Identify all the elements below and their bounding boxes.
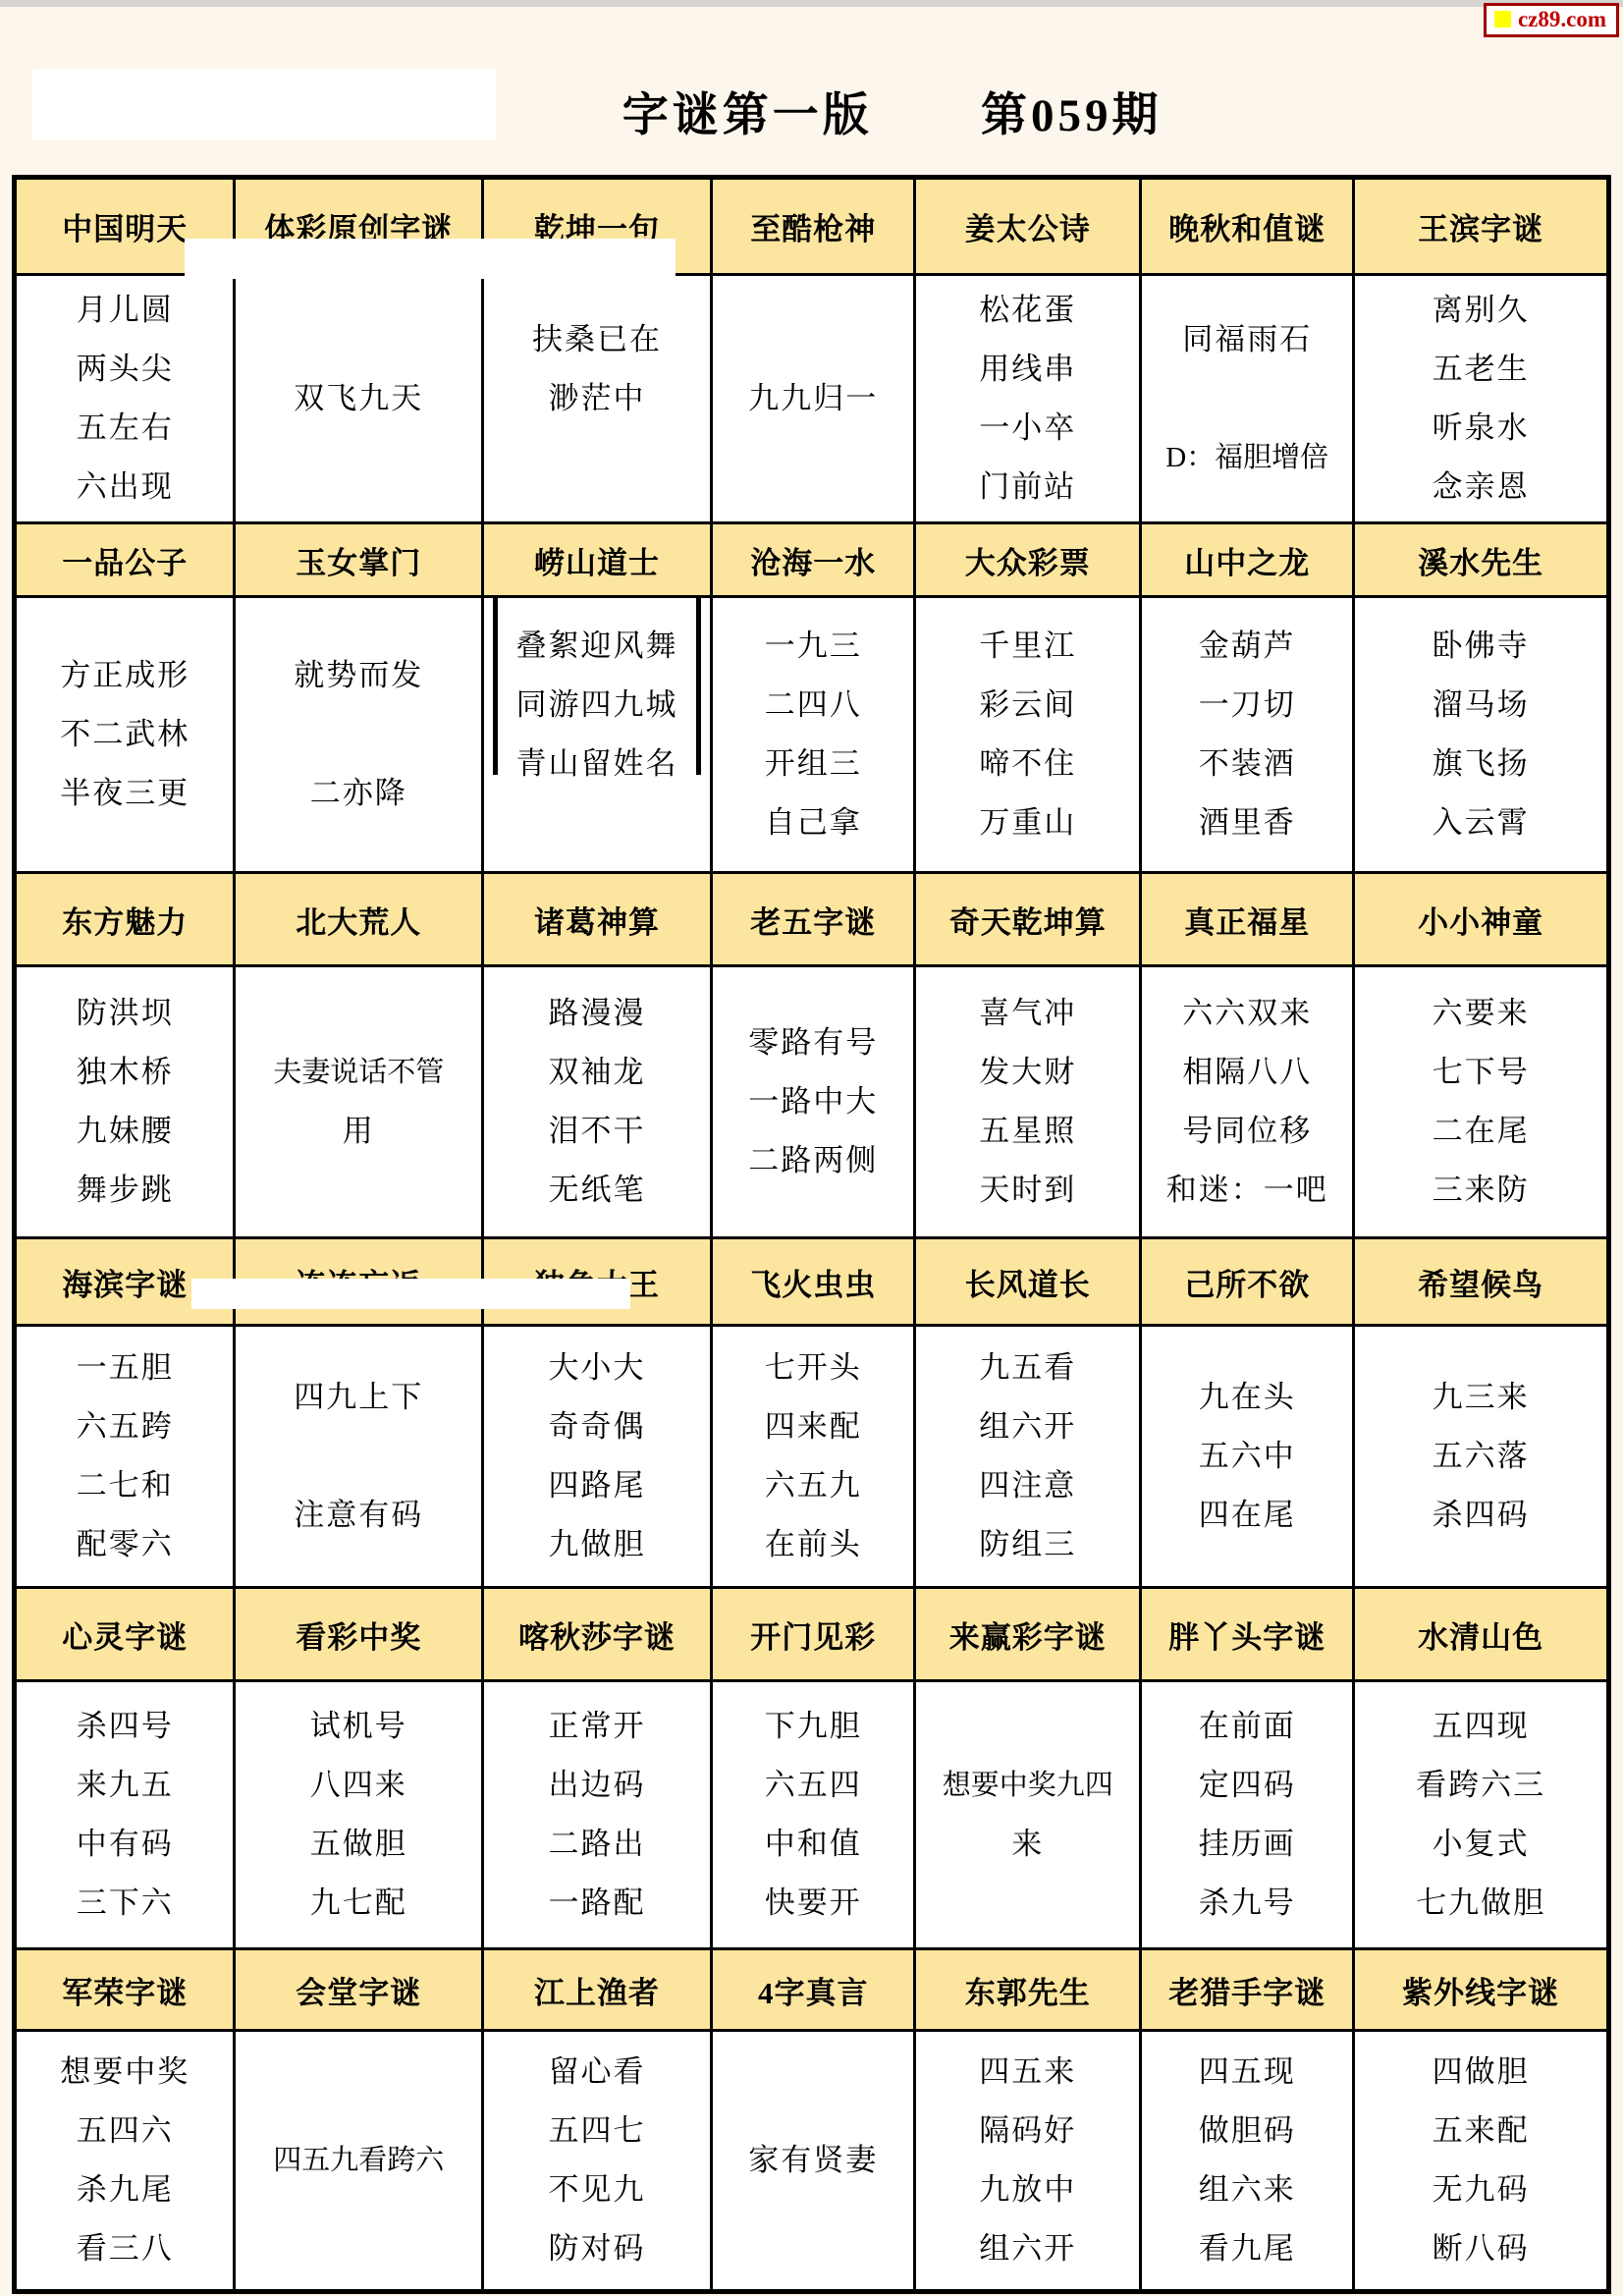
column-header-cell: 4字真言 bbox=[713, 1950, 916, 2029]
column-header-cell: 玉女掌门 bbox=[236, 524, 484, 595]
puzzle-cell: 四做胆五来配无九码断八码 bbox=[1355, 2032, 1606, 2289]
puzzle-line: 二亦降 bbox=[310, 764, 407, 823]
puzzle-line: 试机号 bbox=[310, 1697, 407, 1756]
puzzle-line: 大小大 bbox=[549, 1339, 646, 1397]
puzzle-line: 舞步跳 bbox=[77, 1161, 174, 1220]
puzzle-line: 四注意 bbox=[979, 1456, 1076, 1515]
puzzle-line: 喜气冲 bbox=[979, 984, 1076, 1043]
puzzle-line: 离别久 bbox=[1433, 281, 1530, 340]
puzzle-line: 夫妻说话不管 bbox=[273, 1043, 444, 1102]
puzzle-line: 出边码 bbox=[549, 1756, 646, 1815]
puzzle-line: 啼不住 bbox=[979, 735, 1076, 793]
puzzle-line: 看三八 bbox=[77, 2219, 174, 2278]
puzzle-cell: 千里江彩云间啼不住万重山 bbox=[916, 598, 1142, 871]
puzzle-cell: 喜气冲发大财五星照天时到 bbox=[916, 967, 1142, 1236]
puzzle-cell: 路漫漫双袖龙泪不干无纸笔 bbox=[484, 967, 713, 1236]
puzzle-cell: 松花蛋用线串一小卒门前站 bbox=[916, 276, 1142, 521]
column-header-cell: 江上渔者 bbox=[484, 1950, 713, 2029]
puzzle-line: 五四七 bbox=[549, 2102, 646, 2160]
column-header-cell: 飞火虫虫 bbox=[713, 1239, 916, 1324]
puzzle-line: 小复式 bbox=[1433, 1815, 1530, 1874]
puzzle-cell: 四九上下注意有码 bbox=[236, 1327, 484, 1586]
puzzle-line: 零路有号 bbox=[748, 1013, 878, 1072]
puzzle-line: 扶桑已在 bbox=[532, 310, 662, 369]
puzzle-line: 二四八 bbox=[765, 676, 862, 735]
puzzle-line: 一小卒 bbox=[979, 399, 1076, 458]
puzzle-cell: 想要中奖五四六杀九尾看三八 bbox=[17, 2032, 236, 2289]
puzzle-line: 中有码 bbox=[77, 1815, 174, 1874]
column-header-cell: 长风道长 bbox=[916, 1239, 1142, 1324]
puzzle-cell: 方正成形不二武林半夜三更 bbox=[17, 598, 236, 871]
puzzle-line: 七开头 bbox=[765, 1339, 862, 1397]
puzzle-cell: 一九三二四八开组三自己拿 bbox=[713, 598, 916, 871]
column-header-cell: 大众彩票 bbox=[916, 524, 1142, 595]
puzzle-line: 路漫漫 bbox=[549, 984, 646, 1043]
puzzle-line: 旗飞扬 bbox=[1433, 735, 1530, 793]
puzzle-line: 门前站 bbox=[979, 458, 1076, 517]
puzzle-line: 无纸笔 bbox=[549, 1161, 646, 1220]
column-header-cell: 真正福星 bbox=[1142, 874, 1355, 964]
header-row: 东方魅力北大荒人诸葛神算老五字谜奇天乾坤算真正福星小小神童 bbox=[17, 871, 1606, 967]
puzzle-line: 月儿圆 bbox=[77, 281, 174, 340]
puzzle-line: 杀四号 bbox=[77, 1697, 174, 1756]
puzzle-line: 彩云间 bbox=[979, 676, 1076, 735]
puzzle-line: 一路中大 bbox=[748, 1072, 878, 1131]
puzzle-cell: 下九胆六五四中和值快要开 bbox=[713, 1682, 916, 1947]
content-row: 方正成形不二武林半夜三更就势而发二亦降叠絮迎风舞同游四九城青山留姓名一九三二四八… bbox=[17, 598, 1606, 871]
puzzle-line: 五做胆 bbox=[310, 1815, 407, 1874]
puzzle-line: 在前头 bbox=[765, 1515, 862, 1574]
puzzle-cell: 零路有号一路中大二路两侧 bbox=[713, 967, 916, 1236]
puzzle-line: 想要中奖九四 bbox=[943, 1756, 1113, 1815]
puzzle-line: 组六开 bbox=[979, 2219, 1076, 2278]
puzzle-cell: 同福雨石D：福胆增倍 bbox=[1142, 276, 1355, 521]
puzzle-line: 四来配 bbox=[765, 1397, 862, 1456]
puzzle-line: 四九上下 bbox=[294, 1368, 423, 1427]
white-overlay bbox=[32, 69, 496, 139]
header-row: 心灵字谜看彩中奖喀秋莎字谜开门见彩来赢彩字谜胖丫头字谜水清山色 bbox=[17, 1586, 1606, 1682]
column-header-cell: 晚秋和值谜 bbox=[1142, 180, 1355, 273]
puzzle-cell: 金葫芦一刀切不装酒酒里香 bbox=[1142, 598, 1355, 871]
puzzle-line: 定四码 bbox=[1199, 1756, 1296, 1815]
puzzle-line: 五四六 bbox=[77, 2102, 174, 2160]
puzzle-line: 金葫芦 bbox=[1199, 617, 1296, 676]
puzzle-line: 奇奇偶 bbox=[549, 1397, 646, 1456]
puzzle-line: 同福雨石 bbox=[1182, 310, 1312, 369]
column-header-cell: 一品公子 bbox=[17, 524, 236, 595]
puzzle-line: 泪不干 bbox=[549, 1102, 646, 1161]
puzzle-line: 半夜三更 bbox=[60, 764, 189, 823]
puzzle-cell: 防洪坝独木桥九妹腰舞步跳 bbox=[17, 967, 236, 1236]
puzzle-line: 五左右 bbox=[77, 399, 174, 458]
puzzle-line: 五来配 bbox=[1433, 2102, 1530, 2160]
puzzle-line: 下九胆 bbox=[765, 1697, 862, 1756]
puzzle-cell: 九九归一 bbox=[713, 276, 916, 521]
column-header-cell: 来赢彩字谜 bbox=[916, 1589, 1142, 1679]
column-header-cell: 开门见彩 bbox=[713, 1589, 916, 1679]
puzzle-line: 注意有码 bbox=[294, 1486, 423, 1545]
puzzle-line: 九三来 bbox=[1433, 1368, 1530, 1427]
puzzle-line: 来九五 bbox=[77, 1756, 174, 1815]
puzzle-cell: 卧佛寺溜马场旗飞扬入云霄 bbox=[1355, 598, 1606, 871]
column-header-cell: 喀秋莎字谜 bbox=[484, 1589, 713, 1679]
puzzle-line: 不二武林 bbox=[60, 705, 189, 764]
puzzle-cell: 杀四号来九五中有码三下六 bbox=[17, 1682, 236, 1947]
puzzle-line: 青山留姓名 bbox=[516, 735, 678, 793]
puzzle-line: 六出现 bbox=[77, 458, 174, 517]
puzzle-cell: 七开头四来配六五九在前头 bbox=[713, 1327, 916, 1586]
puzzle-cell: 九五看组六开四注意防组三 bbox=[916, 1327, 1142, 1586]
puzzle-cell: 想要中奖九四来 bbox=[916, 1682, 1142, 1947]
puzzle-line: 五星照 bbox=[979, 1102, 1076, 1161]
column-header-cell: 王滨字谜 bbox=[1355, 180, 1606, 273]
puzzle-line: 五四现 bbox=[1433, 1697, 1530, 1756]
puzzle-cell: 四五九看跨六 bbox=[236, 2032, 484, 2289]
puzzle-line: 四在尾 bbox=[1199, 1486, 1296, 1545]
column-header-cell: 老猎手字谜 bbox=[1142, 1950, 1355, 2029]
puzzle-line: 万重山 bbox=[979, 793, 1076, 852]
puzzle-line: 四路尾 bbox=[549, 1456, 646, 1515]
puzzle-line: 双飞九天 bbox=[294, 369, 423, 428]
puzzle-line: 五老生 bbox=[1433, 340, 1530, 399]
puzzle-cell: 在前面定四码挂历画杀九号 bbox=[1142, 1682, 1355, 1947]
puzzle-cell: 六要来七下号二在尾三来防 bbox=[1355, 967, 1606, 1236]
puzzle-line: 组六来 bbox=[1199, 2160, 1296, 2219]
puzzle-line: 组六开 bbox=[979, 1397, 1076, 1456]
puzzle-line: 来 bbox=[1011, 1815, 1044, 1874]
column-header-cell: 水清山色 bbox=[1355, 1589, 1606, 1679]
puzzle-line: 六五九 bbox=[765, 1456, 862, 1515]
puzzle-cell: 双飞九天 bbox=[236, 276, 484, 521]
puzzle-cell: 叠絮迎风舞同游四九城青山留姓名 bbox=[484, 598, 713, 871]
puzzle-line: 九七配 bbox=[310, 1874, 407, 1933]
puzzle-line: 五六落 bbox=[1433, 1427, 1530, 1486]
puzzle-line: 杀九尾 bbox=[77, 2160, 174, 2219]
puzzle-line: 两头尖 bbox=[77, 340, 174, 399]
puzzle-line: 七九做胆 bbox=[1416, 1874, 1545, 1933]
puzzle-line: 家有贤妻 bbox=[748, 2131, 878, 2190]
content-row: 月儿圆两头尖五左右六出现双飞九天扶桑已在渺茫中九九归一松花蛋用线串一小卒门前站同… bbox=[17, 276, 1606, 521]
puzzle-cell: 四五现做胆码组六来看九尾 bbox=[1142, 2032, 1355, 2289]
puzzle-line: 四五来 bbox=[979, 2043, 1076, 2102]
puzzle-line: 方正成形 bbox=[60, 646, 189, 705]
puzzle-line: 同游四九城 bbox=[516, 676, 678, 735]
puzzle-cell: 五四现看跨六三小复式七九做胆 bbox=[1355, 1682, 1606, 1947]
puzzle-line: 二在尾 bbox=[1433, 1102, 1530, 1161]
white-overlay bbox=[191, 1279, 630, 1309]
puzzle-line: 和迷：一吧 bbox=[1166, 1161, 1328, 1220]
puzzle-line: 二七和 bbox=[77, 1456, 174, 1515]
column-header-cell: 己所不欲 bbox=[1142, 1239, 1355, 1324]
site-watermark-badge[interactable]: cz89.com bbox=[1484, 3, 1619, 37]
puzzle-line: 独木桥 bbox=[77, 1043, 174, 1102]
column-header-cell: 胖丫头字谜 bbox=[1142, 1589, 1355, 1679]
puzzle-cell: 家有贤妻 bbox=[713, 2032, 916, 2289]
puzzle-line: 七下号 bbox=[1433, 1043, 1530, 1102]
puzzle-line: 无九码 bbox=[1433, 2160, 1530, 2219]
column-header-cell: 崂山道士 bbox=[484, 524, 713, 595]
puzzle-line: 溜马场 bbox=[1433, 676, 1530, 735]
puzzle-cell: 夫妻说话不管用 bbox=[236, 967, 484, 1236]
puzzle-line: 一刀切 bbox=[1199, 676, 1296, 735]
puzzle-line: 杀九号 bbox=[1199, 1874, 1296, 1933]
puzzle-line: 用 bbox=[343, 1102, 375, 1161]
puzzle-line: 防洪坝 bbox=[77, 984, 174, 1043]
puzzle-line: 二路出 bbox=[549, 1815, 646, 1874]
puzzle-line: 九妹腰 bbox=[77, 1102, 174, 1161]
puzzle-line: 四五九看跨六 bbox=[273, 2131, 444, 2190]
puzzle-line: 六五四 bbox=[765, 1756, 862, 1815]
column-header-cell: 奇天乾坤算 bbox=[916, 874, 1142, 964]
puzzle-line: 听泉水 bbox=[1433, 399, 1530, 458]
puzzle-line: 不装酒 bbox=[1199, 735, 1296, 793]
puzzle-line: 在前面 bbox=[1199, 1697, 1296, 1756]
puzzle-line: 用线串 bbox=[979, 340, 1076, 399]
puzzle-line: 双袖龙 bbox=[549, 1043, 646, 1102]
puzzle-line: 发大财 bbox=[979, 1043, 1076, 1102]
puzzle-line: 自己拿 bbox=[765, 793, 862, 852]
puzzle-cell: 九三来五六落杀四码 bbox=[1355, 1327, 1606, 1586]
column-header-cell: 东方魅力 bbox=[17, 874, 236, 964]
puzzle-line: 就势而发 bbox=[294, 646, 423, 705]
puzzle-line: 千里江 bbox=[979, 617, 1076, 676]
puzzle-cell: 四五来隔码好九放中组六开 bbox=[916, 2032, 1142, 2289]
puzzle-line: 入云霄 bbox=[1433, 793, 1530, 852]
content-row: 杀四号来九五中有码三下六试机号八四来五做胆九七配正常开出边码二路出一路配下九胆六… bbox=[17, 1682, 1606, 1947]
puzzle-cell: 就势而发二亦降 bbox=[236, 598, 484, 871]
puzzle-line: 快要开 bbox=[765, 1874, 862, 1933]
puzzle-line: 四五现 bbox=[1199, 2043, 1296, 2102]
puzzle-cell: 大小大奇奇偶四路尾九做胆 bbox=[484, 1327, 713, 1586]
badge-square-icon bbox=[1494, 11, 1511, 27]
column-header-cell: 东郭先生 bbox=[916, 1950, 1142, 2029]
puzzle-line: 五六中 bbox=[1199, 1427, 1296, 1486]
column-header-cell: 小小神童 bbox=[1355, 874, 1606, 964]
column-header-cell: 山中之龙 bbox=[1142, 524, 1355, 595]
badge-text: cz89.com bbox=[1518, 8, 1606, 30]
puzzle-line: 防组三 bbox=[979, 1515, 1076, 1574]
puzzle-line: 隔码好 bbox=[979, 2102, 1076, 2160]
puzzle-line: 相隔八八 bbox=[1182, 1043, 1312, 1102]
puzzle-line: 九九归一 bbox=[748, 369, 878, 428]
puzzle-line: 三来防 bbox=[1433, 1161, 1530, 1220]
puzzle-line: 六五跨 bbox=[77, 1397, 174, 1456]
puzzle-line: 叠絮迎风舞 bbox=[516, 617, 678, 676]
content-row: 一五胆六五跨二七和配零六四九上下注意有码大小大奇奇偶四路尾九做胆七开头四来配六五… bbox=[17, 1327, 1606, 1586]
puzzle-cell: 月儿圆两头尖五左右六出现 bbox=[17, 276, 236, 521]
puzzle-line: 卧佛寺 bbox=[1433, 617, 1530, 676]
puzzle-cell: 离别久五老生听泉水念亲恩 bbox=[1355, 276, 1606, 521]
column-header-cell: 老五字谜 bbox=[713, 874, 916, 964]
column-header-cell: 会堂字谜 bbox=[236, 1950, 484, 2029]
puzzle-cell: 六六双来相隔八八号同位移和迷：一吧 bbox=[1142, 967, 1355, 1236]
puzzle-line: 想要中奖 bbox=[60, 2043, 189, 2102]
puzzle-cell: 九在头五六中四在尾 bbox=[1142, 1327, 1355, 1586]
puzzle-line: 号同位移 bbox=[1182, 1102, 1312, 1161]
column-header-cell: 心灵字谜 bbox=[17, 1589, 236, 1679]
puzzle-line: 留心看 bbox=[549, 2043, 646, 2102]
puzzle-line: 酒里香 bbox=[1199, 793, 1296, 852]
puzzle-line: 九五看 bbox=[979, 1339, 1076, 1397]
column-header-cell: 看彩中奖 bbox=[236, 1589, 484, 1679]
puzzle-line: 九做胆 bbox=[549, 1515, 646, 1574]
puzzle-line: 一路配 bbox=[549, 1874, 646, 1933]
puzzle-cell: 试机号八四来五做胆九七配 bbox=[236, 1682, 484, 1947]
puzzle-line: 九放中 bbox=[979, 2160, 1076, 2219]
column-header-cell: 至酷枪神 bbox=[713, 180, 916, 273]
puzzle-line: 挂历画 bbox=[1199, 1815, 1296, 1874]
column-header-cell: 北大荒人 bbox=[236, 874, 484, 964]
puzzle-line: 看九尾 bbox=[1199, 2219, 1296, 2278]
puzzle-line: 中和值 bbox=[765, 1815, 862, 1874]
column-header-cell: 军荣字谜 bbox=[17, 1950, 236, 2029]
puzzle-table: 中国明天体彩原创字谜乾坤一句至酷枪神姜太公诗晚秋和值谜王滨字谜月儿圆两头尖五左右… bbox=[12, 175, 1611, 2294]
puzzle-line: 六要来 bbox=[1433, 984, 1530, 1043]
puzzle-line: D：福胆增倍 bbox=[1165, 428, 1328, 487]
puzzle-line: 配零六 bbox=[77, 1515, 174, 1574]
column-header-cell: 紫外线字谜 bbox=[1355, 1950, 1606, 2029]
puzzle-line: 一九三 bbox=[765, 617, 862, 676]
puzzle-line: 天时到 bbox=[979, 1161, 1076, 1220]
puzzle-line: 三下六 bbox=[77, 1874, 174, 1933]
puzzle-line: 一五胆 bbox=[77, 1339, 174, 1397]
header-row: 军荣字谜会堂字谜江上渔者4字真言东郭先生老猎手字谜紫外线字谜 bbox=[17, 1947, 1606, 2032]
puzzle-cell: 扶桑已在渺茫中 bbox=[484, 276, 713, 521]
puzzle-cell: 留心看五四七不见九防对码 bbox=[484, 2032, 713, 2289]
puzzle-line: 断八码 bbox=[1433, 2219, 1530, 2278]
puzzle-line: 松花蛋 bbox=[979, 281, 1076, 340]
puzzle-line: 开组三 bbox=[765, 735, 862, 793]
puzzle-line: 八四来 bbox=[310, 1756, 407, 1815]
column-header-cell: 溪水先生 bbox=[1355, 524, 1606, 595]
puzzle-line: 不见九 bbox=[549, 2160, 646, 2219]
puzzle-line: 防对码 bbox=[549, 2219, 646, 2278]
column-header-cell: 诸葛神算 bbox=[484, 874, 713, 964]
puzzle-line: 念亲恩 bbox=[1433, 458, 1530, 517]
column-header-cell: 希望候鸟 bbox=[1355, 1239, 1606, 1324]
puzzle-line: 正常开 bbox=[549, 1697, 646, 1756]
puzzle-cell: 正常开出边码二路出一路配 bbox=[484, 1682, 713, 1947]
puzzle-line: 看跨六三 bbox=[1416, 1756, 1545, 1815]
puzzle-cell: 一五胆六五跨二七和配零六 bbox=[17, 1327, 236, 1586]
puzzle-line: 六六双来 bbox=[1182, 984, 1312, 1043]
puzzle-line: 渺茫中 bbox=[549, 369, 646, 428]
column-header-cell: 姜太公诗 bbox=[916, 180, 1142, 273]
puzzle-line: 四做胆 bbox=[1433, 2043, 1530, 2102]
puzzle-line: 二路两侧 bbox=[748, 1131, 878, 1190]
puzzle-line: 做胆码 bbox=[1199, 2102, 1296, 2160]
content-row: 想要中奖五四六杀九尾看三八四五九看跨六留心看五四七不见九防对码家有贤妻四五来隔码… bbox=[17, 2032, 1606, 2289]
puzzle-line: 杀四码 bbox=[1433, 1486, 1530, 1545]
puzzle-line: 九在头 bbox=[1199, 1368, 1296, 1427]
header-row: 一品公子玉女掌门崂山道士沧海一水大众彩票山中之龙溪水先生 bbox=[17, 521, 1606, 598]
content-row: 防洪坝独木桥九妹腰舞步跳夫妻说话不管用路漫漫双袖龙泪不干无纸笔零路有号一路中大二… bbox=[17, 967, 1606, 1236]
column-header-cell: 沧海一水 bbox=[713, 524, 916, 595]
white-overlay bbox=[185, 239, 676, 279]
